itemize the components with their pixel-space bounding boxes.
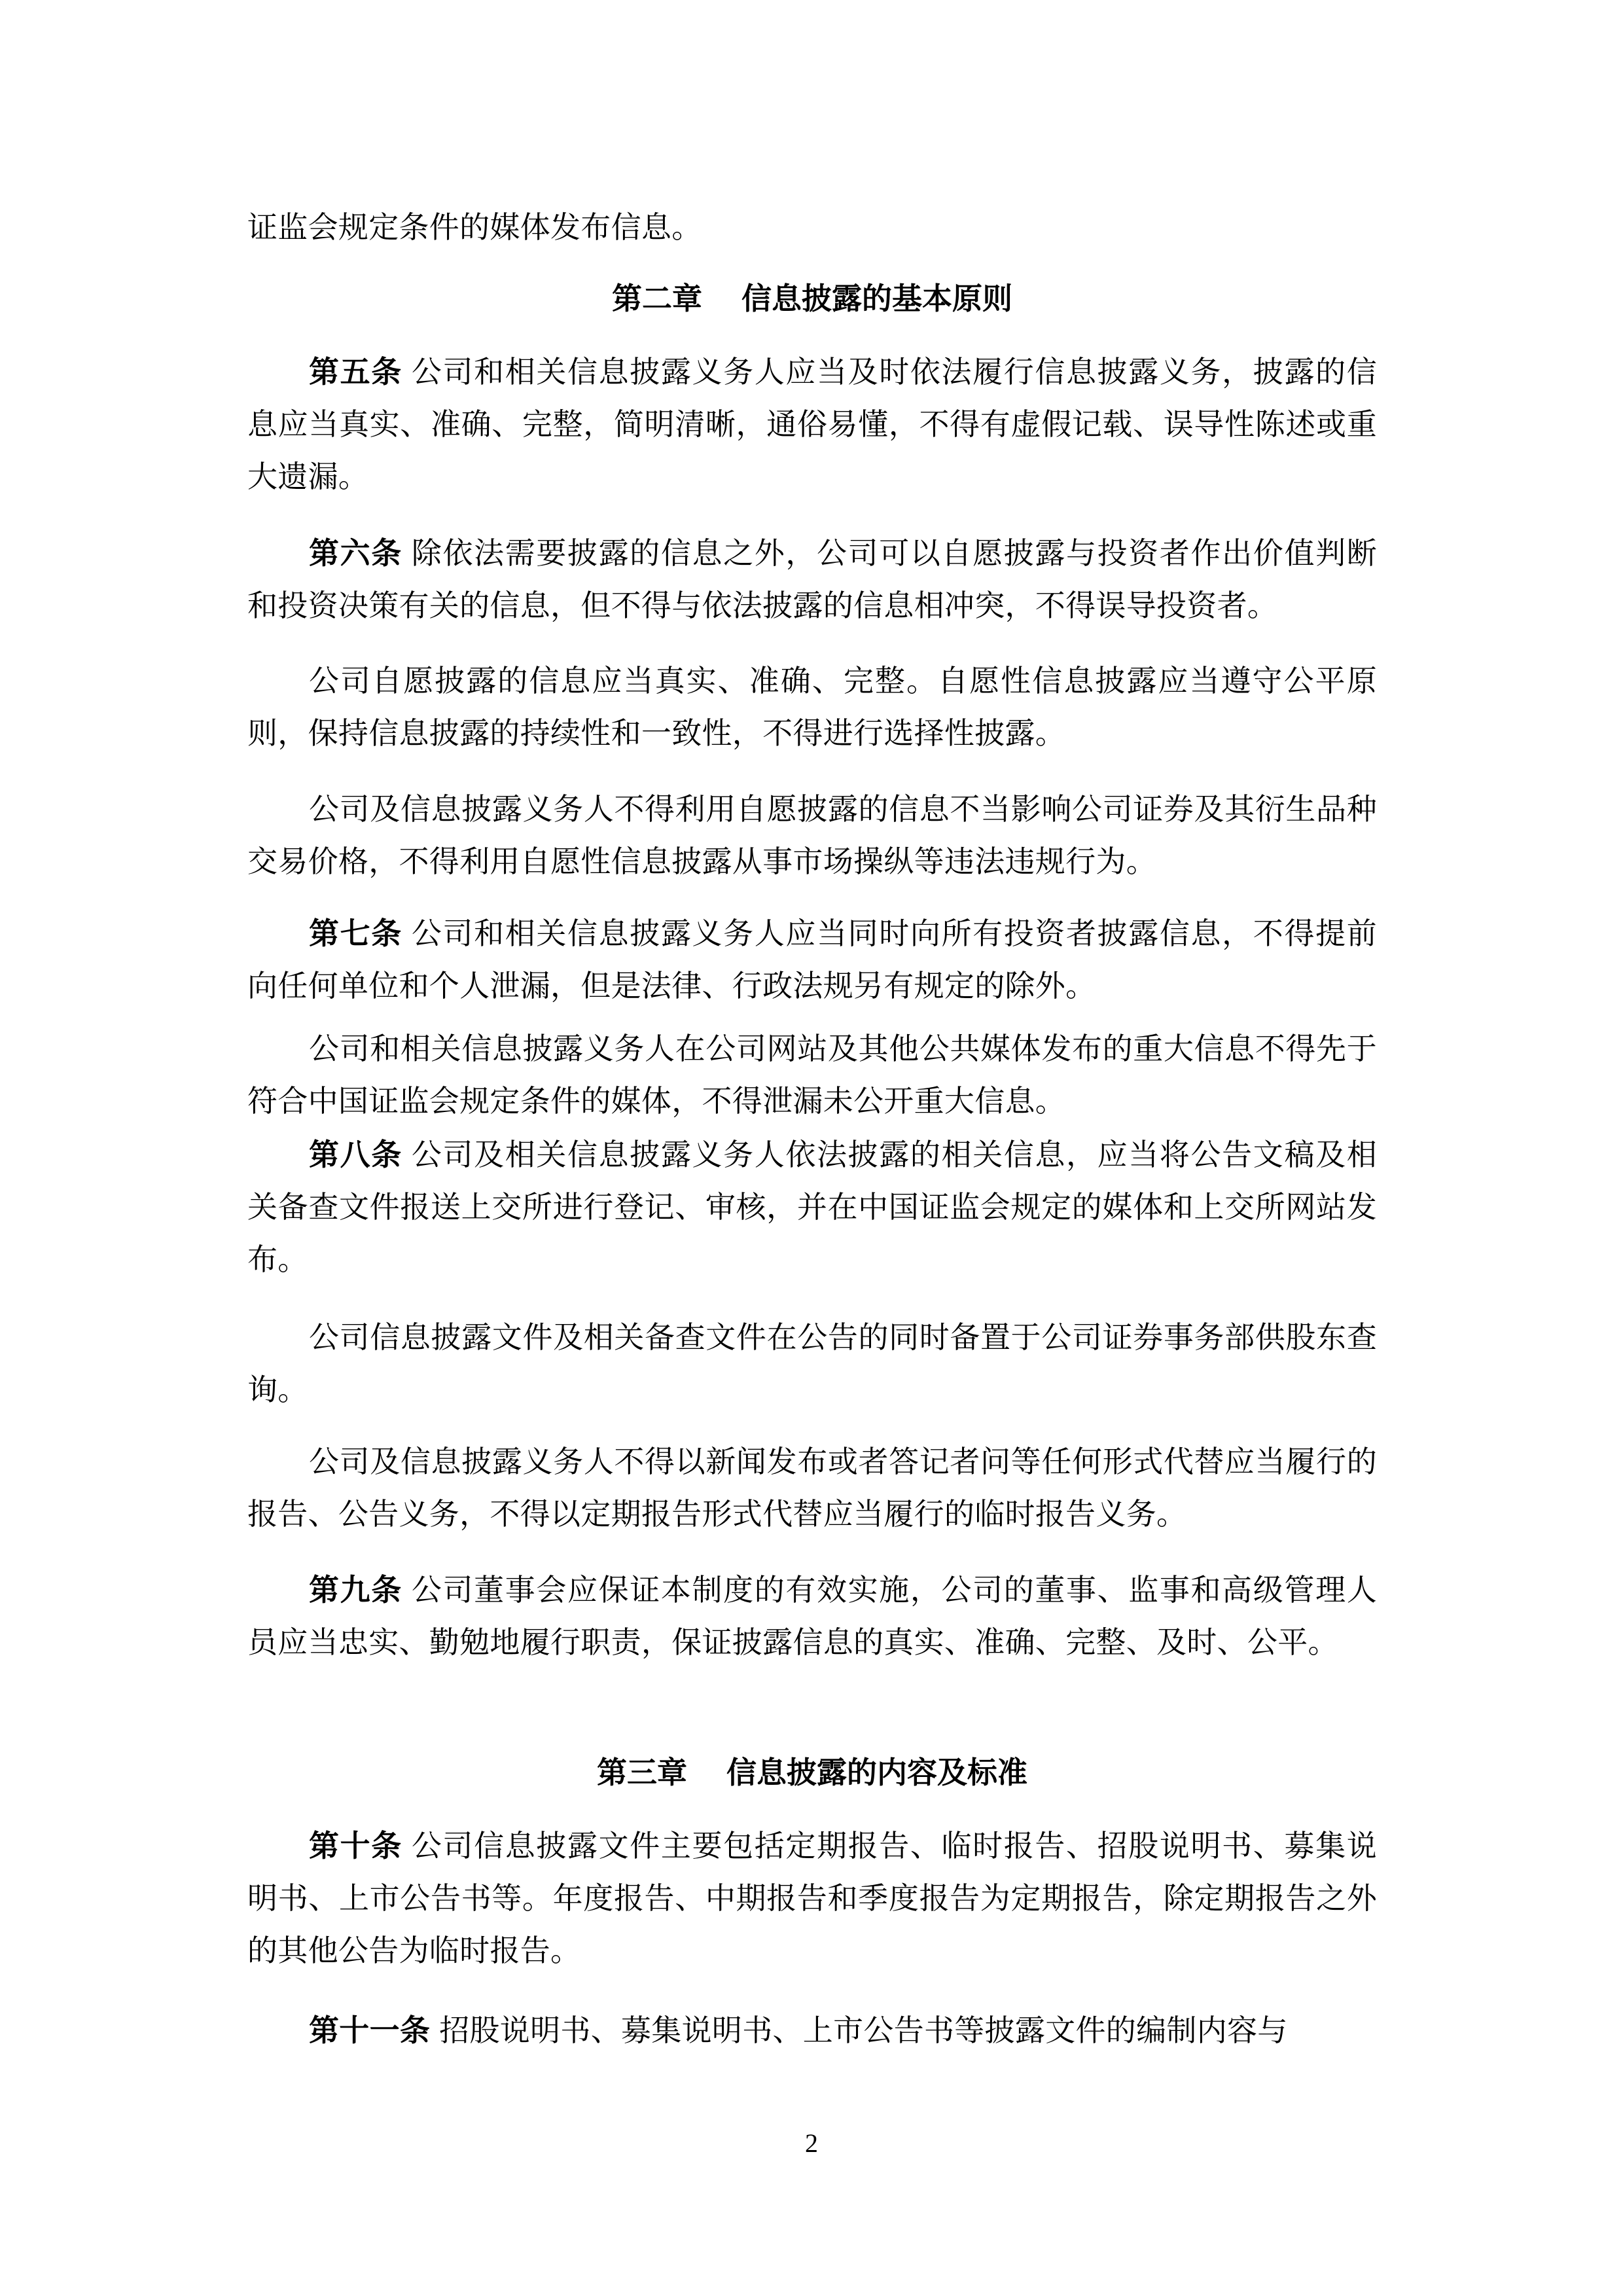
paragraph-text: 公司及信息披露义务人不得利用自愿披露的信息不当影响公司证券及其衍生品种交易价格，… (247, 791, 1377, 879)
chapter-number: 第二章 (612, 281, 702, 316)
article-8: 第八条公司及相关信息披露义务人依法披露的相关信息，应当将公告文稿及相关备查文件报… (247, 1128, 1377, 1285)
document-page: 证监会规定条件的媒体发布信息。 第二章信息披露的基本原则 第五条公司和相关信息披… (0, 0, 1623, 2296)
paragraph-text: 公司及信息披露义务人不得以新闻发布或者答记者问等任何形式代替应当履行的报告、公告… (247, 1444, 1377, 1532)
paragraph-continuation: 证监会规定条件的媒体发布信息。 (247, 201, 1377, 253)
paragraph-public-media: 公司和相关信息披露义务人在公司网站及其他公共媒体发布的重大信息不得先于符合中国证… (247, 1022, 1377, 1127)
chapter-heading-2: 第二章信息披露的基本原则 (247, 279, 1377, 318)
article-text: 公司及相关信息披露义务人依法披露的相关信息，应当将公告文稿及相关备查文件报送上交… (247, 1137, 1377, 1277)
article-number: 第十条 (309, 1828, 402, 1863)
paragraph-voluntary-disclosure: 公司自愿披露的信息应当真实、准确、完整。自愿性信息披露应当遵守公平原则，保持信息… (247, 655, 1377, 759)
chapter-number: 第三章 (597, 1755, 687, 1790)
article-number: 第六条 (309, 535, 402, 571)
article-text: 公司和相关信息披露义务人应当及时依法履行信息披露义务，披露的信息应当真实、准确、… (247, 354, 1377, 494)
paragraph-text: 证监会规定条件的媒体发布信息。 (247, 209, 702, 245)
article-6: 第六条除依法需要披露的信息之外，公司可以自愿披露与投资者作出价值判断和投资决策有… (247, 527, 1377, 632)
paragraph-no-misuse: 公司及信息披露义务人不得利用自愿披露的信息不当影响公司证券及其衍生品种交易价格，… (247, 783, 1377, 888)
chapter-title: 信息披露的基本原则 (741, 281, 1012, 316)
article-number: 第五条 (309, 354, 402, 389)
article-10: 第十条公司信息披露文件主要包括定期报告、临时报告、招股说明书、募集说明书、上市公… (247, 1820, 1377, 1977)
article-number: 第十一条 (309, 2013, 430, 2048)
article-text: 除依法需要披露的信息之外，公司可以自愿披露与投资者作出价值判断和投资决策有关的信… (247, 535, 1377, 623)
article-7: 第七条公司和相关信息披露义务人应当同时向所有投资者披露信息，不得提前向任何单位和… (247, 907, 1377, 1012)
paragraph-text: 公司信息披露文件及相关备查文件在公告的同时备置于公司证券事务部供股东查询。 (247, 1319, 1377, 1407)
article-number: 第九条 (309, 1572, 402, 1607)
paragraph-text: 公司自愿披露的信息应当真实、准确、完整。自愿性信息披露应当遵守公平原则，保持信息… (247, 663, 1377, 751)
article-text: 招股说明书、募集说明书、上市公告书等披露文件的编制内容与 (439, 2013, 1287, 2048)
paragraph-text: 公司和相关信息披露义务人在公司网站及其他公共媒体发布的重大信息不得先于符合中国证… (247, 1031, 1377, 1119)
article-text: 公司董事会应保证本制度的有效实施，公司的董事、监事和高级管理人员应当忠实、勤勉地… (247, 1572, 1377, 1660)
article-5: 第五条公司和相关信息披露义务人应当及时依法履行信息披露义务，披露的信息应当真实、… (247, 346, 1377, 503)
paragraph-no-substitute: 公司及信息披露义务人不得以新闻发布或者答记者问等任何形式代替应当履行的报告、公告… (247, 1435, 1377, 1540)
article-text: 公司和相关信息披露义务人应当同时向所有投资者披露信息，不得提前向任何单位和个人泄… (247, 916, 1377, 1003)
chapter-title: 信息披露的内容及标准 (726, 1755, 1027, 1790)
paragraph-filing-documents: 公司信息披露文件及相关备查文件在公告的同时备置于公司证券事务部供股东查询。 (247, 1311, 1377, 1416)
article-text: 公司信息披露文件主要包括定期报告、临时报告、招股说明书、募集说明书、上市公告书等… (247, 1828, 1377, 1968)
article-9: 第九条公司董事会应保证本制度的有效实施，公司的董事、监事和高级管理人员应当忠实、… (247, 1564, 1377, 1668)
article-number: 第八条 (309, 1137, 402, 1172)
chapter-heading-3: 第三章信息披露的内容及标准 (247, 1753, 1377, 1792)
article-11: 第十一条招股说明书、募集说明书、上市公告书等披露文件的编制内容与 (247, 2004, 1377, 2056)
article-number: 第七条 (309, 916, 402, 951)
page-number: 2 (0, 2127, 1623, 2160)
